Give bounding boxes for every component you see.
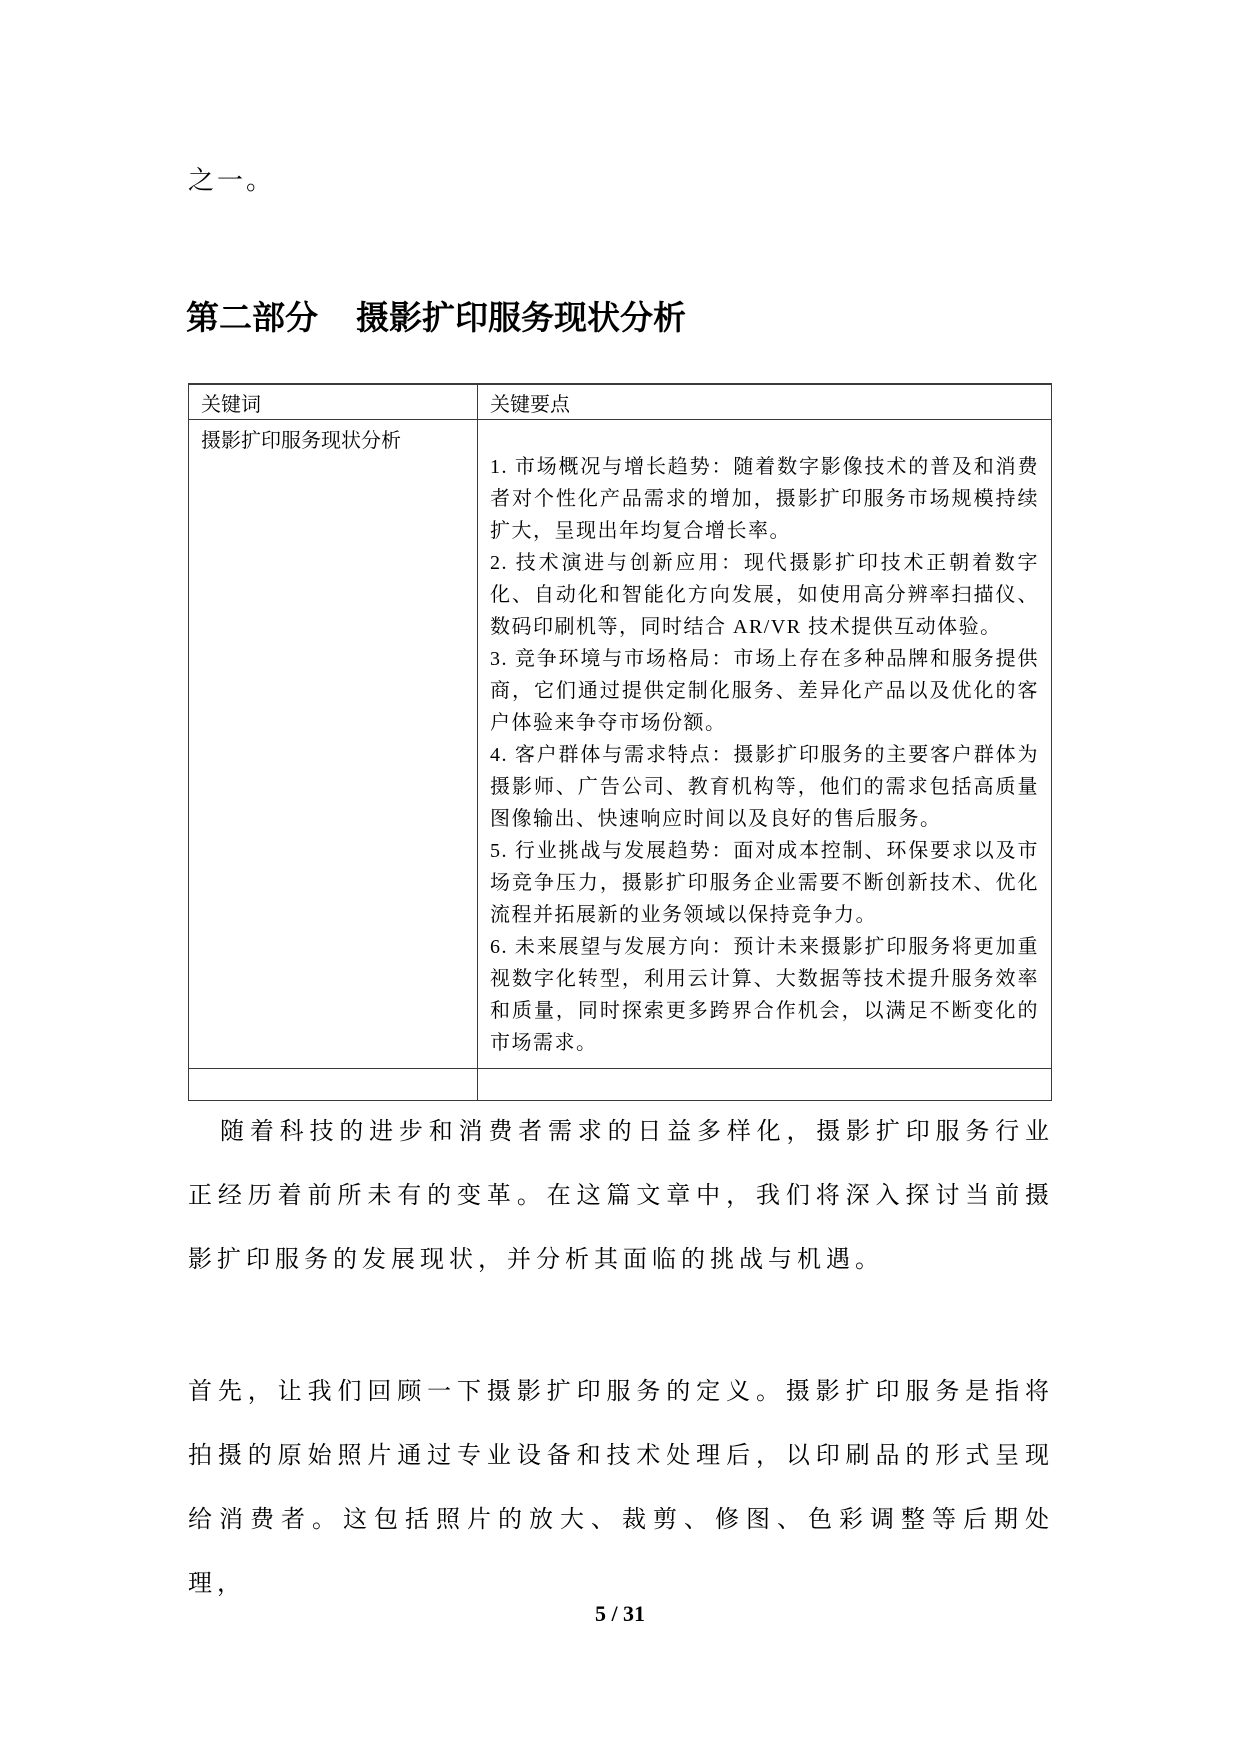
table-header-keypoints: 关键要点 bbox=[478, 385, 1052, 420]
keypoints-cell: 1. 市场概况与增长趋势：随着数字影像技术的普及和消费者对个性化产品需求的增加，… bbox=[478, 420, 1052, 1069]
keyword-table: 关键词 关键要点 摄影扩印服务现状分析 1. 市场概况与增长趋势：随着数字影像技… bbox=[188, 383, 1052, 1101]
table-body-row: 摄影扩印服务现状分析 1. 市场概况与增长趋势：随着数字影像技术的普及和消费者对… bbox=[189, 420, 1052, 1069]
table-header-keyword: 关键词 bbox=[189, 385, 478, 420]
key-point-4: 4. 客户群体与需求特点：摄影扩印服务的主要客户群体为摄影师、广告公司、教育机构… bbox=[490, 739, 1039, 835]
key-point-3: 3. 竞争环境与市场格局：市场上存在多种品牌和服务提供商，它们通过提供定制化服务… bbox=[490, 643, 1039, 739]
intro-fragment-text: 之一。 bbox=[188, 160, 275, 197]
section-part-label: 第二部分 bbox=[186, 299, 318, 336]
body-paragraphs: 随着科技的进步和消费者需求的日益多样化，摄影扩印服务行业正经历着前所未有的变革。… bbox=[188, 1100, 1054, 1616]
key-point-5: 5. 行业挑战与发展趋势：面对成本控制、环保要求以及市场竞争压力，摄影扩印服务企… bbox=[490, 835, 1039, 931]
section-heading: 第二部分摄影扩印服务现状分析 bbox=[186, 292, 686, 339]
empty-cell-keyword bbox=[189, 1069, 478, 1101]
key-point-2: 2. 技术演进与创新应用：现代摄影扩印技术正朝着数字化、自动化和智能化方向发展，… bbox=[490, 547, 1039, 643]
key-point-1: 1. 市场概况与增长趋势：随着数字影像技术的普及和消费者对个性化产品需求的增加，… bbox=[490, 451, 1039, 547]
document-page: 之一。 第二部分摄影扩印服务现状分析 关键词 关键要点 摄影扩印服务现状分析 1… bbox=[0, 0, 1240, 1753]
body-paragraph-1: 随着科技的进步和消费者需求的日益多样化，摄影扩印服务行业正经历着前所未有的变革。… bbox=[188, 1100, 1054, 1292]
key-point-6: 6. 未来展望与发展方向：预计未来摄影扩印服务将更加重视数字化转型，利用云计算、… bbox=[490, 931, 1039, 1059]
section-part-title: 摄影扩印服务现状分析 bbox=[356, 299, 686, 336]
table-header-row: 关键词 关键要点 bbox=[189, 385, 1052, 420]
body-paragraph-2: 首先，让我们回顾一下摄影扩印服务的定义。摄影扩印服务是指将拍摄的原始照片通过专业… bbox=[188, 1360, 1054, 1616]
table-empty-row bbox=[189, 1069, 1052, 1101]
keyword-cell: 摄影扩印服务现状分析 bbox=[189, 420, 478, 1069]
empty-cell-keypoints bbox=[478, 1069, 1052, 1101]
page-number-footer: 5 / 31 bbox=[0, 1601, 1240, 1627]
